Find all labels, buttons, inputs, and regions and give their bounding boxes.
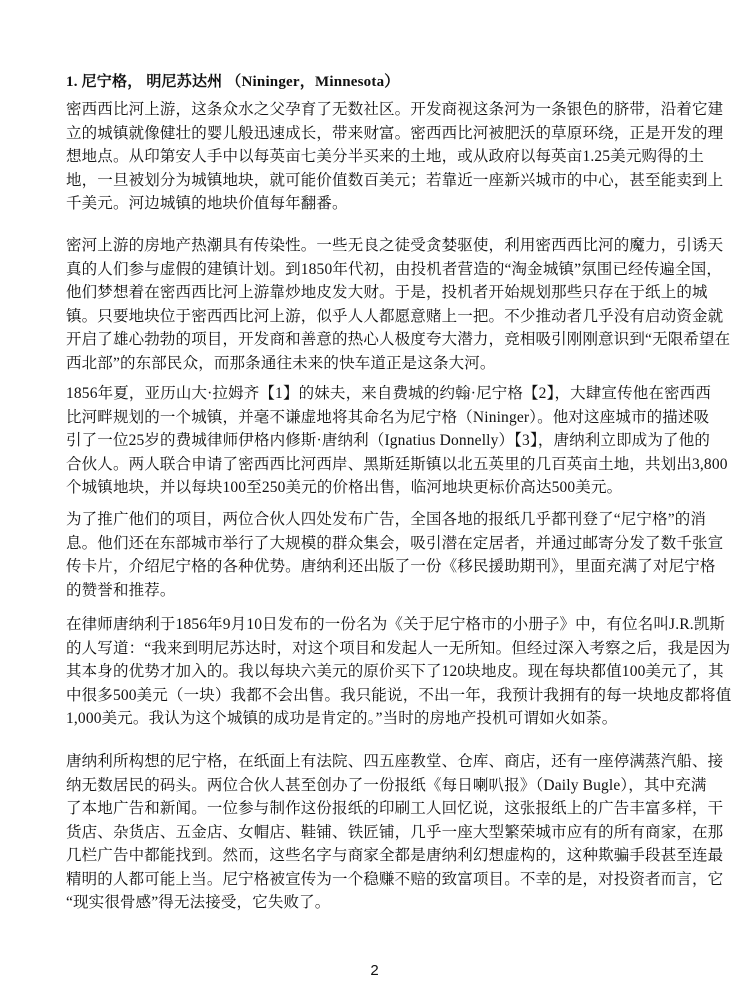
text-line: 唐纳利所构想的尼宁格，在纸面上有法院、四五座教堂、仓库、商店，还有一座停满蒸汽船… <box>66 750 694 774</box>
paragraph-6: 唐纳利所构想的尼宁格，在纸面上有法院、四五座教堂、仓库、商店，还有一座停满蒸汽船… <box>66 750 694 915</box>
text-line: 货店、杂货店、五金店、女帽店、鞋铺、铁匠铺，几乎一座大型繁荣城市应有的所有商家，… <box>66 821 694 845</box>
text-line: 精明的人都可能上当。尼宁格被宣传为一个稳赚不赔的致富项目。不幸的是，对投资者而言… <box>66 868 694 892</box>
page-number: 2 <box>0 962 749 979</box>
text-line: 个城镇地块，并以每块100至250美元的价格出售，临河地块更标价高达500美元。 <box>66 476 694 500</box>
paragraph-4: 为了推广他们的项目，两位合伙人四处发布广告，全国各地的报纸几乎都刊登了“尼宁格”… <box>66 508 694 602</box>
text-line: 镇。只要地块位于密西西比河上游，似乎人人都愿意赌上一把。不少推动者几乎没有启动资… <box>66 305 694 329</box>
text-line: 立的城镇就像健壮的婴儿般迅速成长，带来财富。密西西比河被肥沃的草原环绕，正是开发… <box>66 122 694 146</box>
paragraph-2: 密河上游的房地产热潮具有传染性。一些无良之徒受贪婪驱使，利用密西西比河的魔力，引… <box>66 234 694 375</box>
text-line: 西北部”的东部民众，而那条通往未来的快车道正是这条大河。 <box>66 352 694 376</box>
text-line: 合伙人。两人联合申请了密西西比河西岸、黑斯廷斯镇以北五英里的几百英亩土地，共划出… <box>66 453 694 477</box>
text-line: “现实很骨感”得无法接受，它失败了。 <box>66 891 694 915</box>
text-line: 密西西比河上游，这条众水之父孕育了无数社区。开发商视这条河为一条银色的脐带，沿着… <box>66 98 694 122</box>
paragraph-3: 1856年夏，亚历山大·拉姆齐【1】的妹夫，来自费城的约翰·尼宁格【2】，大肆宣… <box>66 382 694 500</box>
text-line: 的赞誉和推荐。 <box>66 579 694 603</box>
text-line: 中很多500美元（一块）我都不会出售。我只能说，不出一年，我预计我拥有的每一块地… <box>66 684 694 708</box>
paragraph-1: 密西西比河上游，这条众水之父孕育了无数社区。开发商视这条河为一条银色的脐带，沿着… <box>66 98 694 216</box>
text-line: 为了推广他们的项目，两位合伙人四处发布广告，全国各地的报纸几乎都刊登了“尼宁格”… <box>66 508 694 532</box>
text-line: 1856年夏，亚历山大·拉姆齐【1】的妹夫，来自费城的约翰·尼宁格【2】，大肆宣… <box>66 382 694 406</box>
text-line: 了本地广告和新闻。一位参与制作这份报纸的印刷工人回忆说，这张报纸上的广告丰富多样… <box>66 797 694 821</box>
paragraph-5: 在律师唐纳利于1856年9月10日发布的一份名为《关于尼宁格市的小册子》中，有位… <box>66 613 694 731</box>
text-line: 想地点。从印第安人手中以每英亩七美分半买来的土地，或从政府以每英亩1.25美元购… <box>66 145 694 169</box>
text-line: 引了一位25岁的费城律师伊格内修斯·唐纳利（Ignatius Donnelly）… <box>66 429 694 453</box>
text-line: 其本身的优势才加入的。我以每块六美元的原价买下了120块地皮。现在每块都值100… <box>66 660 694 684</box>
document-page: 1. 尼宁格， 明尼苏达州 （Nininger，Minnesota） 密西西比河… <box>0 0 749 1000</box>
text-line: 纳无数居民的码头。两位合伙人甚至创办了一份报纸《每日喇叭报》（Daily Bug… <box>66 774 694 798</box>
text-line: 真的人们参与虚假的建镇计划。到1850年代初，由投机者营造的“淘金城镇”氛围已经… <box>66 258 694 282</box>
text-line: 传卡片，介绍尼宁格的各种优势。唐纳利还出版了一份《移民援助期刊》，里面充满了对尼… <box>66 555 694 579</box>
text-line: 的人写道：“我来到明尼苏达时，对这个项目和发起人一无所知。但经过深入考察之后，我… <box>66 637 694 661</box>
text-line: 几栏广告中都能找到。然而，这些名字与商家全都是唐纳利幻想虚构的，这种欺骗手段甚至… <box>66 844 694 868</box>
text-line: 比河畔规划的一个城镇，并毫不谦虚地将其命名为尼宁格（Nininger）。他对这座… <box>66 406 694 430</box>
text-line: 1,000美元。我认为这个城镇的成功是肯定的。”当时的房地产投机可谓如火如荼。 <box>66 707 694 731</box>
text-line: 地，一旦被划分为城镇地块，就可能价值数百美元；若靠近一座新兴城市的中心，甚至能卖… <box>66 169 694 193</box>
text-line: 息。他们还在东部城市举行了大规模的群众集会，吸引潜在定居者，并通过邮寄分发了数千… <box>66 532 694 556</box>
text-line: 开启了雄心勃勃的项目，开发商和善意的热心人极度夸大潜力，竞相吸引刚刚意识到“无限… <box>66 328 694 352</box>
text-line: 千美元。河边城镇的地块价值每年翻番。 <box>66 192 694 216</box>
text-line: 在律师唐纳利于1856年9月10日发布的一份名为《关于尼宁格市的小册子》中，有位… <box>66 613 694 637</box>
text-line: 他们梦想着在密西西比河上游靠炒地皮发大财。于是，投机者开始规划那些只存在于纸上的… <box>66 281 694 305</box>
section-heading: 1. 尼宁格， 明尼苏达州 （Nininger，Minnesota） <box>66 72 399 92</box>
text-line: 密河上游的房地产热潮具有传染性。一些无良之徒受贪婪驱使，利用密西西比河的魔力，引… <box>66 234 694 258</box>
